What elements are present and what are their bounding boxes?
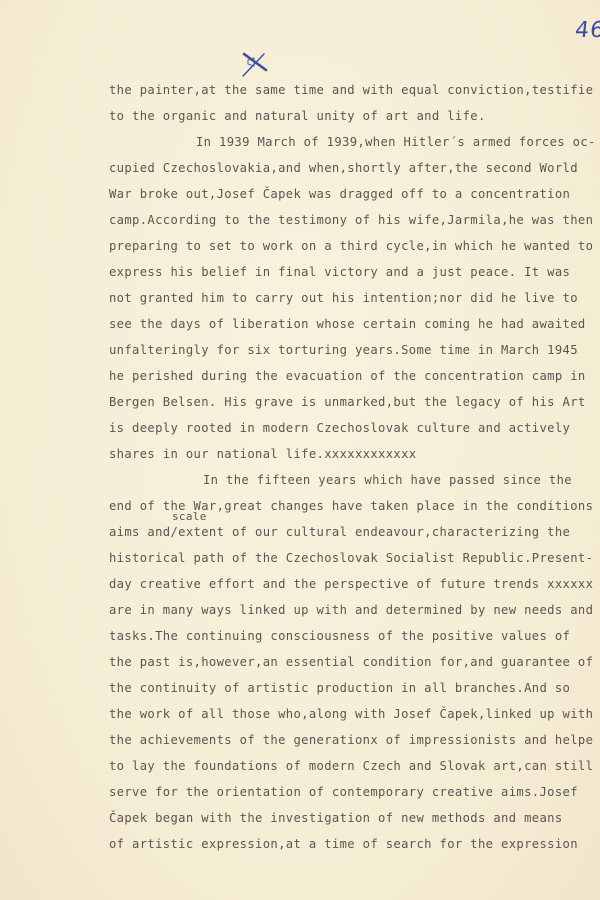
text-line: shares in our national life.xxxxxxxxxxxx [109,447,417,461]
interlinear-insertion: scale [172,510,207,523]
text-line: serve for the orientation of contemporar… [109,785,578,799]
text-line: he perished during the evacuation of the… [109,369,586,383]
text-line: the achievements of the generationx of i… [109,733,593,747]
handwritten-x-mark-icon [240,50,270,78]
text-line: camp.According to the testimony of his w… [109,213,593,227]
text-line: the painter,at the same time and with eq… [109,83,593,97]
text-line: Čapek began with the investigation of ne… [109,811,563,825]
text-line: tasks.The continuing consciousness of th… [109,629,570,643]
text-line: are in many ways linked up with and dete… [109,603,593,617]
text-line: to the organic and natural unity of art … [109,109,486,123]
text-line: aims and/extent of our cultural endeavou… [109,525,570,539]
handwritten-page-number: 46 [574,18,600,43]
text-line: War broke out,Josef Čapek was dragged of… [109,187,570,201]
text-line: to lay the foundations of modern Czech a… [109,759,593,773]
text-line: In the fifteen years which have passed s… [203,473,572,487]
text-line: unfalteringly for six torturing years.So… [109,343,578,357]
text-line: the continuity of artistic production in… [109,681,570,695]
text-line: Bergen Belsen. His grave is unmarked,but… [109,395,586,409]
typewritten-page: 46 the painter,at the same time and with… [0,0,600,900]
text-line: is deeply rooted in modern Czechoslovak … [109,421,570,435]
text-line: not granted him to carry out his intenti… [109,291,578,305]
text-line: of artistic expression,at a time of sear… [109,837,578,851]
text-line: preparing to set to work on a third cycl… [109,239,593,253]
text-line: the work of all those who,along with Jos… [109,707,593,721]
text-line: see the days of liberation whose certain… [109,317,586,331]
text-line: the past is,however,an essential conditi… [109,655,593,669]
text-line: day creative effort and the perspective … [109,577,593,591]
text-line: express his belief in final victory and … [109,265,570,279]
text-line: cupied Czechoslovakia,and when,shortly a… [109,161,578,175]
text-line: In 1939 March of 1939,when Hitler´s arme… [196,135,596,149]
text-line: historical path of the Czechoslovak Soci… [109,551,593,565]
